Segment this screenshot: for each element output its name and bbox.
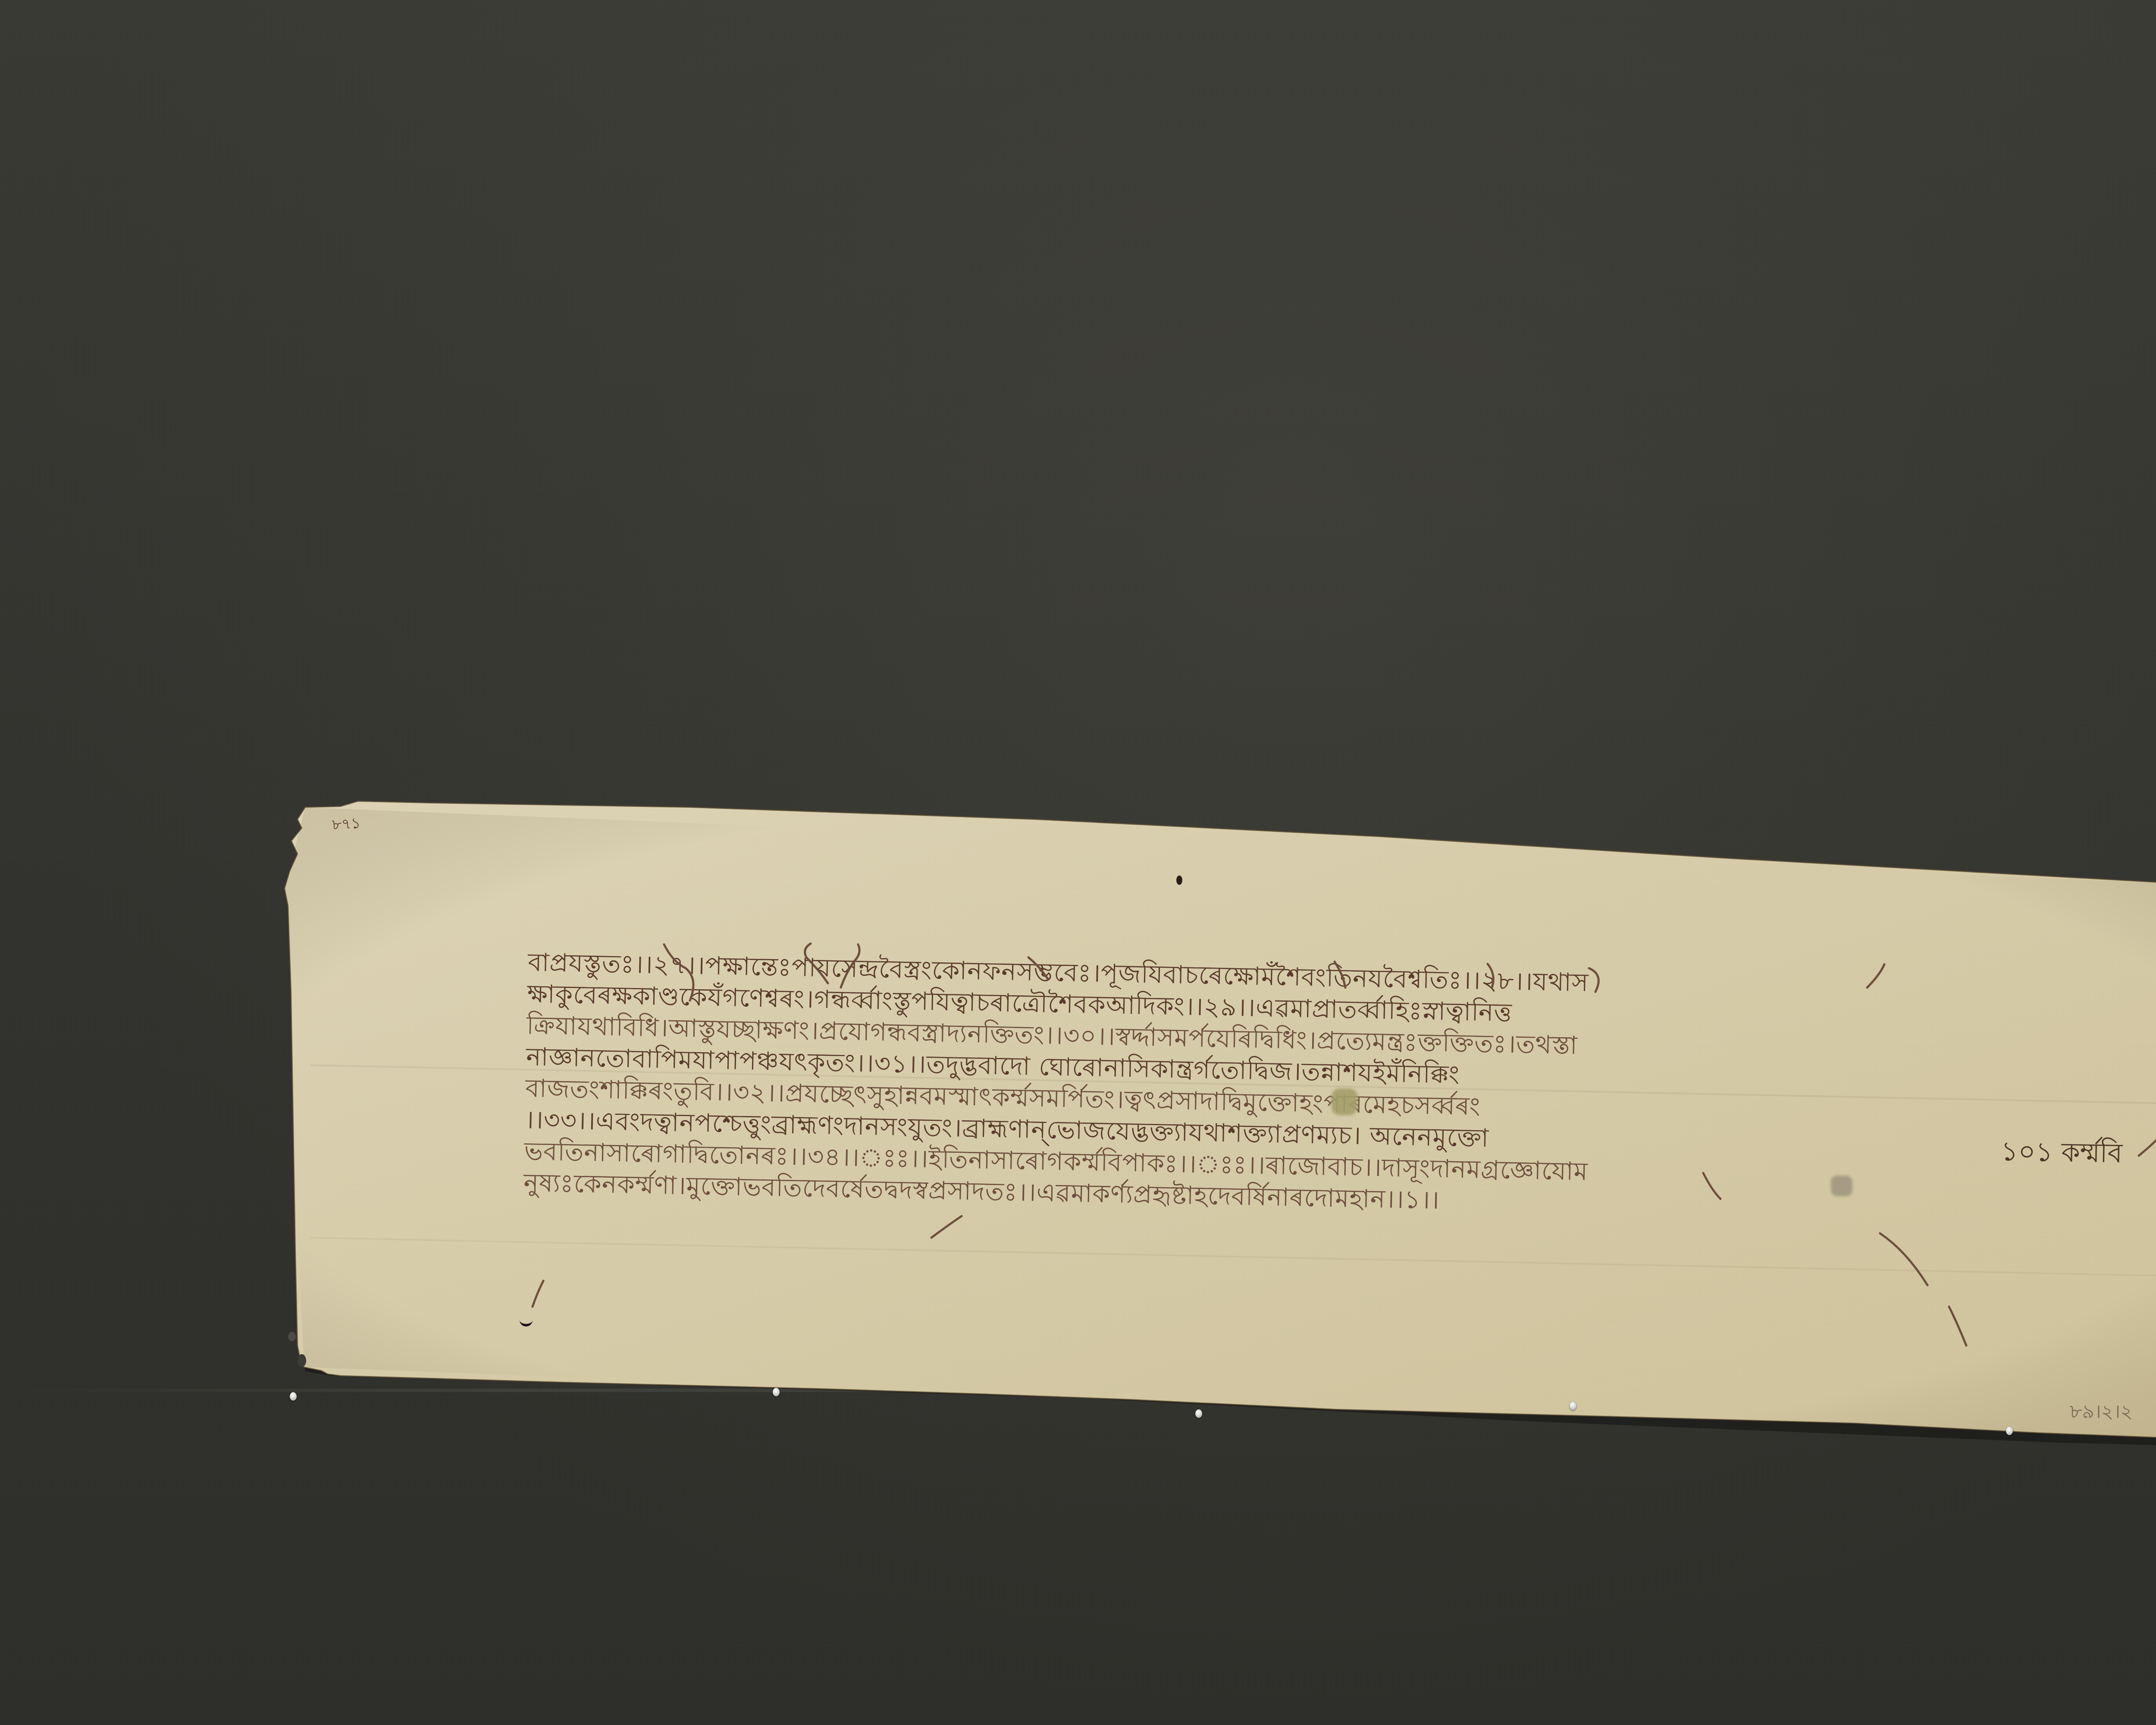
mounting-pin <box>2006 1427 2013 1435</box>
mounting-pin <box>290 1392 297 1401</box>
binding-hole-upper <box>288 1332 296 1341</box>
mounting-pin <box>773 1388 780 1396</box>
binding-hole-lower <box>298 1354 306 1367</box>
mounting-pin <box>1195 1409 1202 1418</box>
margin-note: ১০১ কৰ্ম্মবি <box>2000 1131 2123 1178</box>
paper-sheet <box>0 0 2156 1725</box>
mounting-pin <box>1570 1402 1576 1410</box>
manuscript-text-block: বাপ্ৰযস্তুতঃ।।২৭।।পক্ষান্তেঃপাযসেন্দ্ৰবৈ… <box>523 947 1986 1226</box>
manuscript-folio: ৮৭১ বাপ্ৰযস্তুতঃ।।২৭।।পক্ষান্তেঃপাযসেন্দ… <box>0 0 2156 1725</box>
folio-number: ৮৭১ <box>331 812 361 838</box>
ink-dot <box>1176 875 1182 885</box>
grey-stain <box>1831 1176 1852 1196</box>
green-stain <box>1332 1088 1357 1115</box>
catalog-mark: ৮৯।২।২ <box>2070 1397 2133 1429</box>
